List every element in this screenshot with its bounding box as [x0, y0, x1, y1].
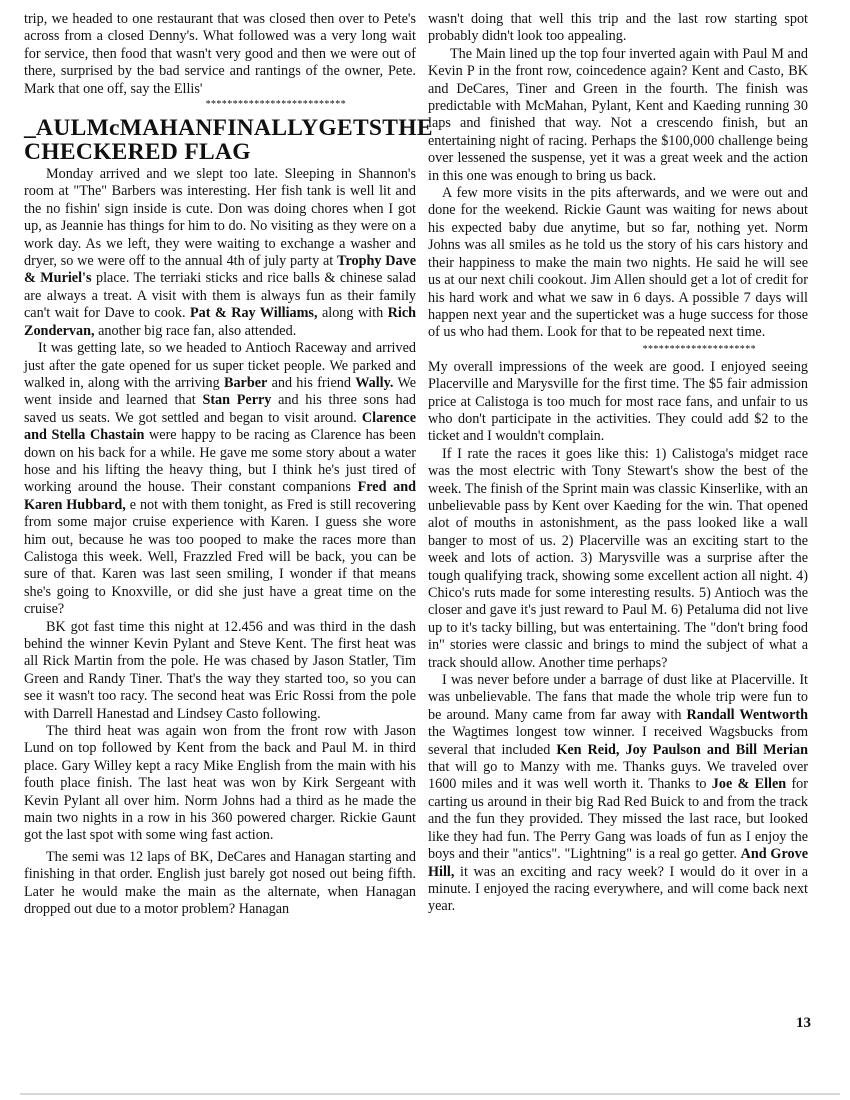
- bold-name: Randall Wentworth: [687, 707, 809, 723]
- bold-name: Wally.: [355, 375, 393, 391]
- body-paragraph: BK got fast time this night at 12.456 an…: [24, 619, 416, 723]
- body-paragraph: Monday arrived and we slept too late. Sl…: [24, 166, 416, 340]
- right-column: wasn't doing that well this trip and the…: [428, 11, 808, 916]
- headline-word: FINALLY: [213, 116, 319, 140]
- headline-word: THE: [382, 116, 433, 140]
- body-paragraph: The semi was 12 laps of BK, DeCares and …: [24, 849, 416, 919]
- headline-word: GETS: [318, 116, 382, 140]
- body-paragraph: I was never before under a barrage of du…: [428, 672, 808, 916]
- body-paragraph: A few more visits in the pits afterwards…: [428, 185, 808, 342]
- bold-name: Barber: [224, 375, 267, 391]
- intro-paragraph: trip, we headed to one restaurant that w…: [24, 11, 416, 98]
- bold-name: Joe & Ellen: [712, 776, 786, 792]
- body-paragraph: The Main lined up the top four inverted …: [428, 46, 808, 185]
- page-number: 13: [796, 1015, 811, 1032]
- section-separator: *********************: [428, 343, 808, 357]
- left-column: trip, we headed to one restaurant that w…: [24, 11, 416, 919]
- body-paragraph: If I rate the races it goes like this: 1…: [428, 446, 808, 672]
- body-paragraph: The third heat was again won from the fr…: [24, 723, 416, 845]
- bold-name: Ken Reid, Joy Paulson and Bill Merian: [556, 742, 808, 758]
- scan-edge-divider: [20, 1093, 840, 1095]
- body-paragraph: It was getting late, so we headed to Ant…: [24, 340, 416, 619]
- article-headline: _AUL McMAHAN FINALLY GETS THE CHECKERED …: [24, 116, 416, 164]
- section-separator: **************************: [24, 98, 416, 112]
- document-page: trip, we headed to one restaurant that w…: [0, 0, 850, 1100]
- headline-line-2: CHECKERED FLAG: [24, 140, 416, 164]
- headline-word: _AUL: [24, 116, 87, 140]
- bold-name: Stan Perry: [202, 392, 271, 408]
- bold-name: Pat & Ray Williams,: [190, 305, 318, 321]
- headline-word: McMAHAN: [87, 116, 213, 140]
- body-paragraph: wasn't doing that well this trip and the…: [428, 11, 808, 46]
- body-paragraph: My overall impressions of the week are g…: [428, 359, 808, 446]
